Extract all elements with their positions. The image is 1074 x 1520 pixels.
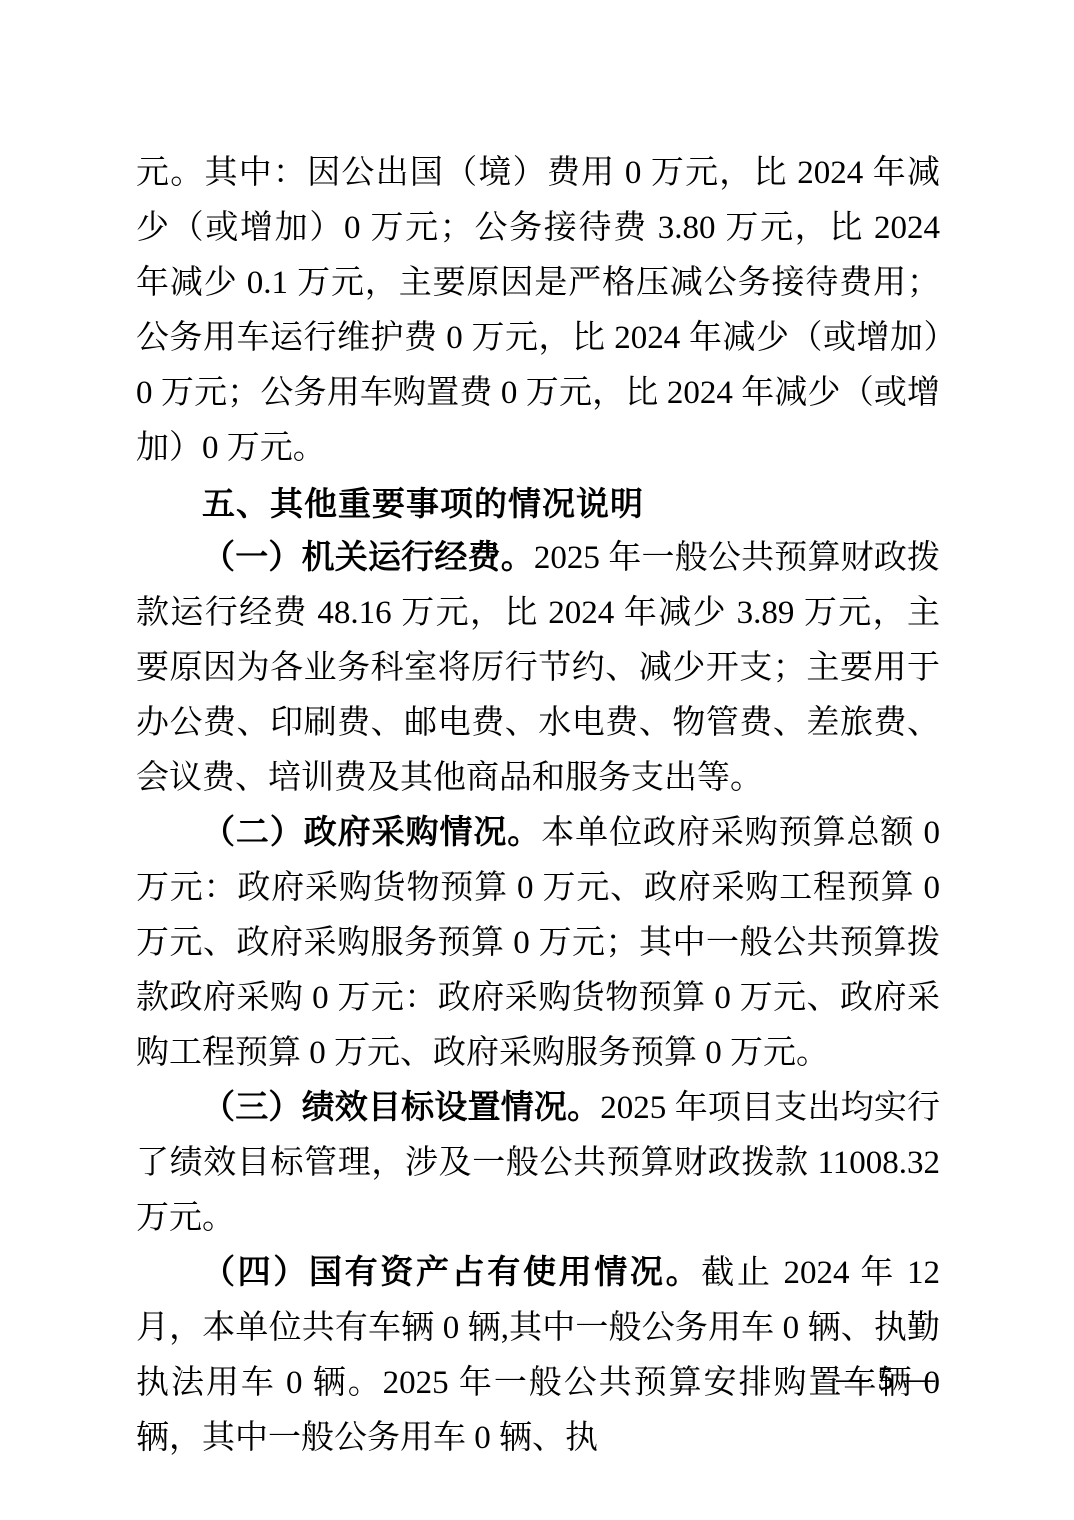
paragraph-item-2: （二）政府采购情况。本单位政府采购预算总额 0 万元：政府采购货物预算 0 万元… <box>136 806 940 1081</box>
paragraph-item-1: （一）机关运行经费。2025 年一般公共预算财政拨款运行经费 48.16 万元，… <box>136 531 940 806</box>
paragraph-item-4: （四）国有资产占有使用情况。截止 2024 年 12 月，本单位共有车辆 0 辆… <box>136 1246 940 1466</box>
page-number: — 5 — <box>836 1352 935 1407</box>
paragraph-lead: （三）绩效目标设置情况。 <box>202 1090 600 1126</box>
paragraph-item-3: （三）绩效目标设置情况。2025 年项目支出均实行了绩效目标管理，涉及一般公共预… <box>136 1081 940 1246</box>
document-body: 元。其中：因公出国（境）费用 0 万元，比 2024 年减少（或增加）0 万元；… <box>136 146 940 1466</box>
document-page: 元。其中：因公出国（境）费用 0 万元，比 2024 年减少（或增加）0 万元；… <box>0 0 1074 1520</box>
paragraph-body: 本单位政府采购预算总额 0 万元：政府采购货物预算 0 万元、政府采购工程预算 … <box>136 815 940 1071</box>
paragraph-lead: （四）国有资产占有使用情况。 <box>202 1255 701 1291</box>
section-heading: 五、其他重要事项的情况说明 <box>136 476 940 531</box>
paragraph-lead: （一）机关运行经费。 <box>202 540 534 576</box>
paragraph-lead: （二）政府采购情况。 <box>202 815 541 851</box>
paragraph-continuation: 元。其中：因公出国（境）费用 0 万元，比 2024 年减少（或增加）0 万元；… <box>136 146 940 476</box>
paragraph-body: 2025 年一般公共预算财政拨款运行经费 48.16 万元，比 2024 年减少… <box>136 540 940 796</box>
